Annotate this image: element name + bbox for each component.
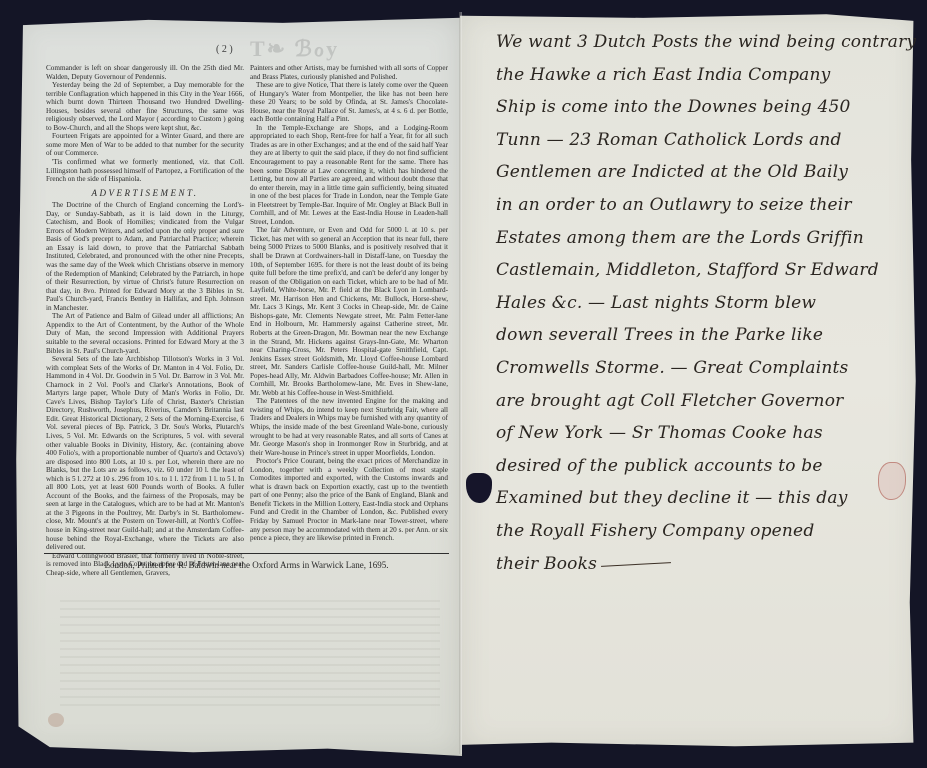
manuscript-line: Cromwells Storme. — Great Complaints — [496, 352, 916, 385]
handwritten-text: We want 3 Dutch Posts the wind being con… — [496, 26, 916, 580]
news-paragraph: Fourteen Frigats are appointed for a Win… — [46, 132, 244, 158]
page-fold — [459, 12, 462, 754]
advertisement: These are to give Notice, That there is … — [250, 81, 448, 124]
advertisement: Painters and other Artists, may be furni… — [250, 64, 448, 81]
manuscript-line: Hales &c. — Last nights Storm blew — [496, 287, 916, 320]
manuscript-line: in an order to an Outlawry to seize thei… — [496, 189, 916, 222]
news-paragraph: Commander is left on shoar dangerously i… — [46, 64, 244, 81]
bleed-through-title: T❧ ℬℴy — [250, 36, 339, 62]
manuscript-line: the Royall Fishery Company opened — [496, 515, 916, 548]
printer-imprint: London, Printed for R. Baldwin near the … — [44, 560, 449, 570]
printed-column-left: Commander is left on shoar dangerously i… — [46, 64, 244, 577]
manuscript-line: of New York — Sr Thomas Cooke has — [496, 417, 916, 450]
manuscript-line: Ship is come into the Downes being 450 — [496, 91, 916, 124]
manuscript-line: Gentlemen are Indicted at the Old Baily — [496, 156, 916, 189]
bleed-through-text — [60, 600, 440, 710]
advertisement: The fair Adventure, or Even and Odd for … — [250, 226, 448, 397]
advertisement: Proctor's Price Courant, being the exact… — [250, 457, 448, 542]
manuscript-line: Tunn — 23 Roman Catholick Lords and — [496, 124, 916, 157]
advertisement: The Art of Patience and Balm of Gilead u… — [46, 312, 244, 355]
advertisement: The Patentees of the new invented Engine… — [250, 397, 448, 457]
manuscript-line: Castlemain, Middleton, Stafford Sr Edwar… — [496, 254, 916, 287]
manuscript-line: the Hawke a rich East India Company — [496, 59, 916, 92]
paper-spot — [48, 713, 64, 727]
manuscript-line: We want 3 Dutch Posts the wind being con… — [496, 26, 916, 59]
flourish-mark — [601, 562, 671, 567]
page-number: ( 2 ) — [216, 44, 233, 55]
document-spread: T❧ ℬℴy ( 2 ) Commander is left on shoar … — [0, 0, 927, 768]
advertisement: Several Sets of the late Archbishop Till… — [46, 355, 244, 552]
imprint-rule — [44, 553, 449, 554]
advertisement: In the Temple-Exchange are Shops, and a … — [250, 124, 448, 227]
news-paragraph: Yesterday being the 2d of September, a D… — [46, 81, 244, 132]
manuscript-line: Examined but they decline it — this day — [496, 482, 916, 515]
manuscript-line: their Books — [496, 554, 597, 574]
manuscript-line: desired of the publick accounts to be — [496, 450, 916, 483]
manuscript-line: Estates among them are the Lords Griffin — [496, 222, 916, 255]
manuscript-line: are brought agt Coll Fletcher Governor — [496, 385, 916, 418]
manuscript-line: down severall Trees in the Parke like — [496, 319, 916, 352]
advertisement-heading: ADVERTISEMENT. — [46, 189, 244, 198]
printed-column-right: Painters and other Artists, may be furni… — [250, 64, 448, 543]
manuscript-line-last: their Books — [496, 548, 916, 581]
advertisement: The Doctrine of the Church of England co… — [46, 201, 244, 312]
news-paragraph: 'Tis confirmed what we formerly mentione… — [46, 158, 244, 184]
